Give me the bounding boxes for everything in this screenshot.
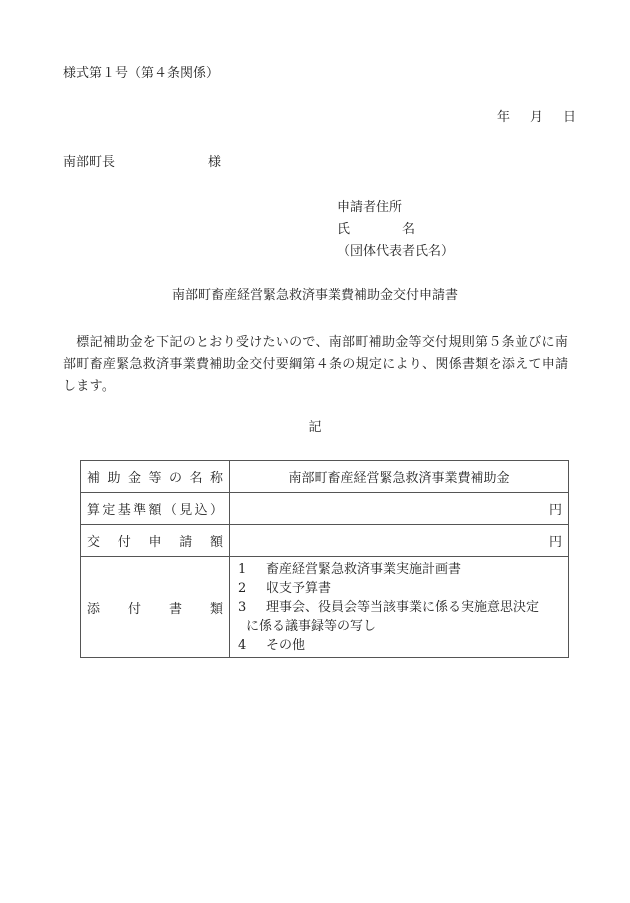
addressee: 南部町長 様 [63, 155, 115, 171]
table-row: 補助金等の名称 南部町畜産経営緊急救済事業費補助金 [81, 461, 569, 493]
subsidy-name-value: 南部町畜産経営緊急救済事業費補助金 [230, 461, 569, 493]
list-item: 4その他 [236, 636, 562, 655]
row-label: 補助金等の名称 [81, 461, 230, 493]
addressee-honorific: 様 [208, 155, 221, 171]
info-table: 補助金等の名称 南部町畜産経営緊急救済事業費補助金 算定基準額（見込） 円 交付… [80, 460, 569, 658]
row-label: 添付書類 [81, 557, 230, 658]
list-item: 2収支予算書 [236, 579, 562, 598]
date-year: 年 [497, 110, 510, 126]
applicant-block: 申請者住所 氏 名 （団体代表者氏名） [337, 200, 454, 266]
document-body: 標記補助金を下記のとおり受けたいので、南部町補助金等交付規則第５条並びに南部町畜… [63, 332, 573, 398]
date-day: 日 [563, 110, 576, 126]
row-label: 交付申請額 [81, 525, 230, 557]
addressee-name: 南部町長 [63, 155, 115, 170]
row-label: 算定基準額（見込） [81, 493, 230, 525]
date-month: 月 [530, 110, 543, 126]
ki-heading: 記 [0, 420, 630, 436]
table-row: 添付書類 1畜産経営緊急救済事業実施計画書 2収支予算書 3理事会、役員会等当該… [81, 557, 569, 658]
table-row: 交付申請額 円 [81, 525, 569, 557]
attachments-list: 1畜産経営緊急救済事業実施計画書 2収支予算書 3理事会、役員会等当該事業に係る… [230, 557, 569, 658]
table-row: 算定基準額（見込） 円 [81, 493, 569, 525]
date-line: 年月日 [497, 110, 576, 126]
list-item: 1畜産経営緊急救済事業実施計画書 [236, 560, 562, 579]
applicant-name-label: 氏 名 [337, 222, 454, 244]
requested-amount-field[interactable]: 円 [230, 525, 569, 557]
list-item: 3理事会、役員会等当該事業に係る実施意思決定 [236, 598, 562, 617]
applicant-org-label: （団体代表者氏名） [337, 244, 454, 266]
form-number: 様式第１号（第４条関係） [63, 66, 219, 82]
document-title: 南部町畜産経営緊急救済事業費補助金交付申請書 [0, 288, 630, 304]
list-item: に係る議事録等の写し [236, 617, 562, 636]
base-amount-field[interactable]: 円 [230, 493, 569, 525]
applicant-address-label: 申請者住所 [337, 200, 454, 222]
